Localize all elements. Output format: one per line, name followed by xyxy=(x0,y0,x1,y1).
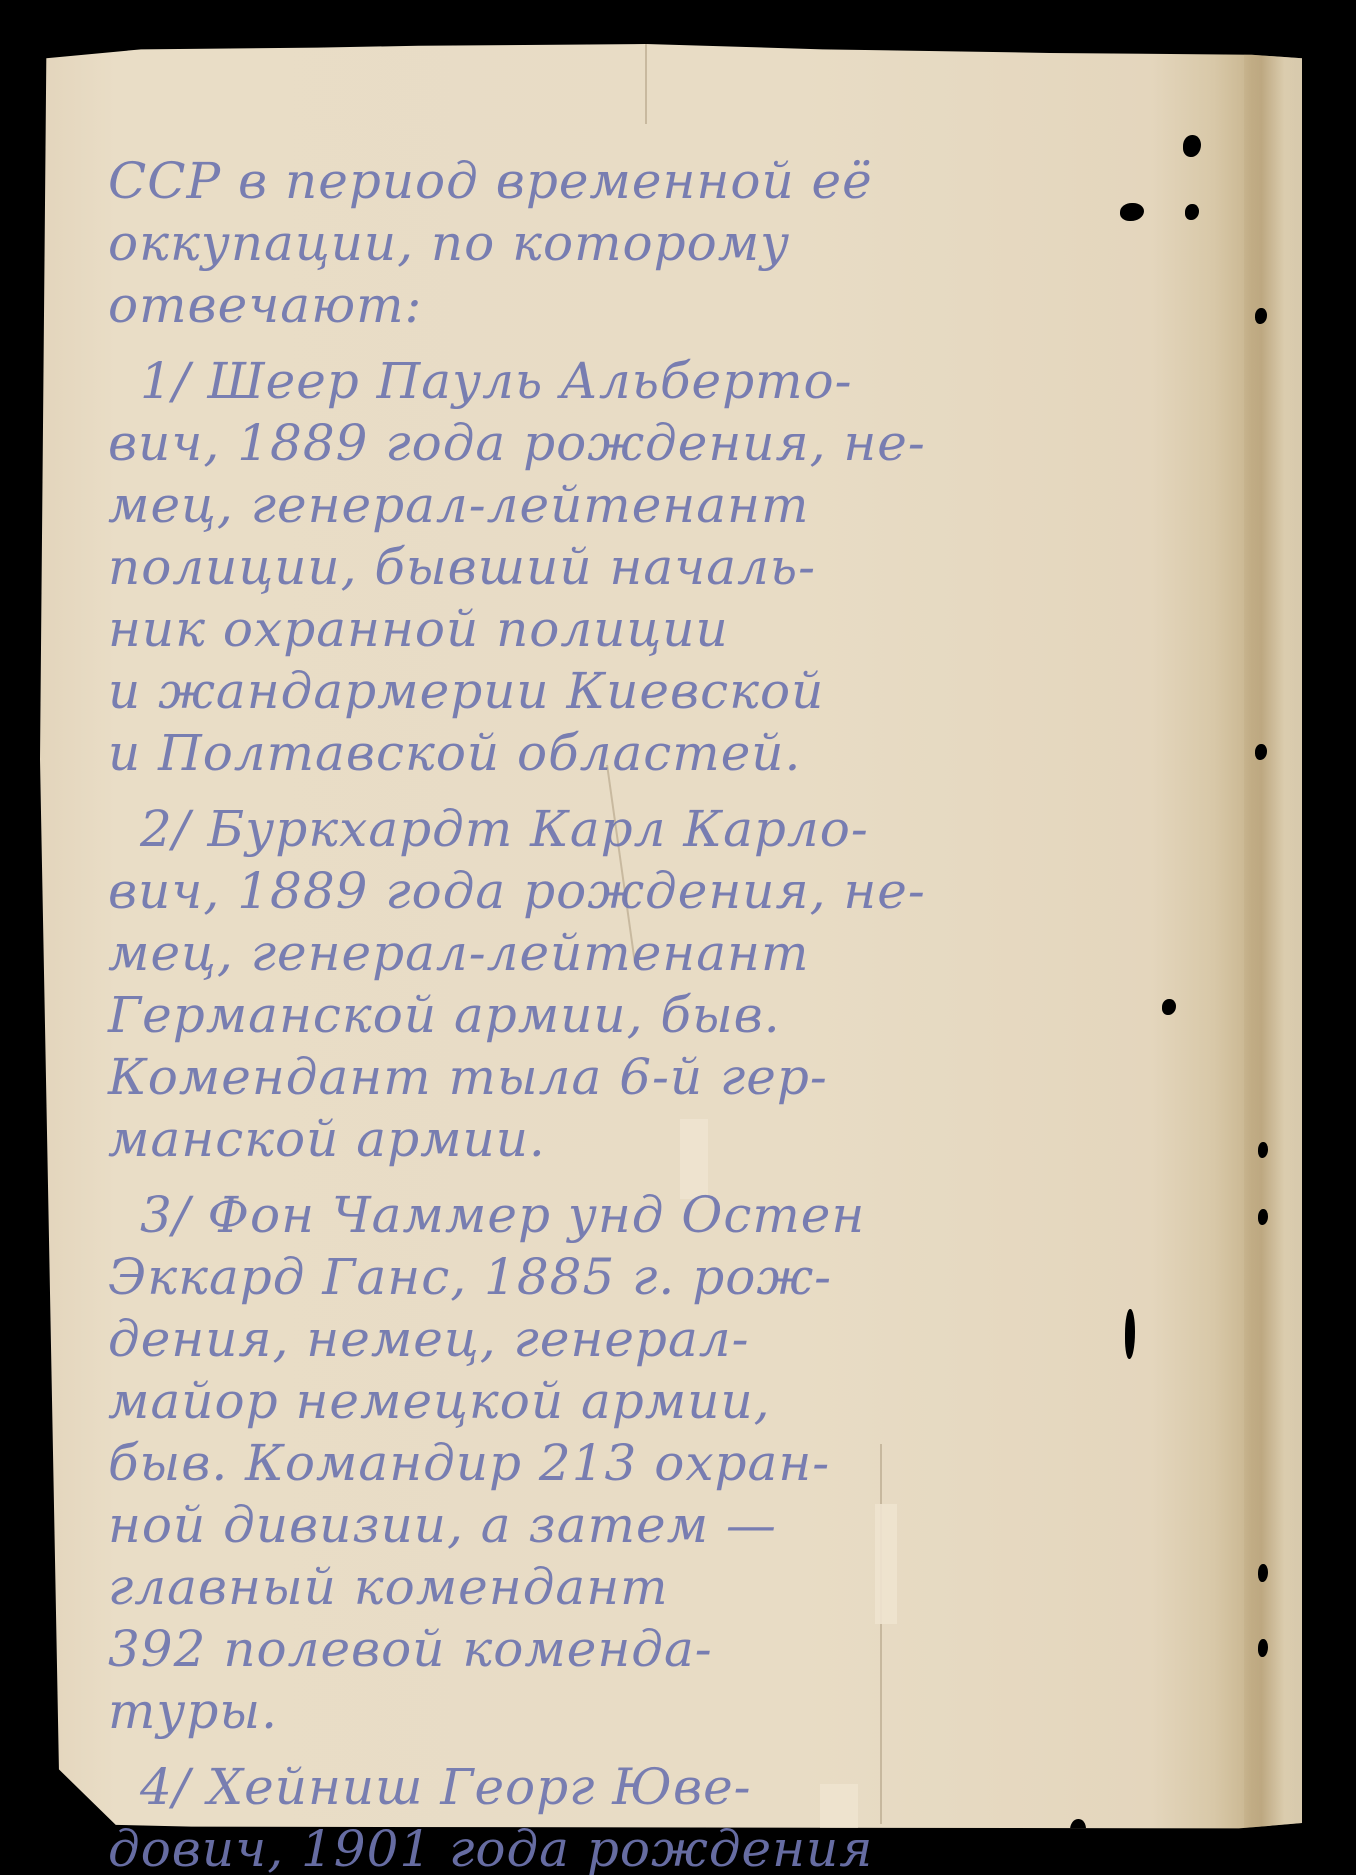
intro-line: отвечают: xyxy=(108,274,1288,336)
handwritten-text: ССР в период временной её оккупации, по … xyxy=(108,150,1288,1875)
entry-line: дения, немец, генерал- xyxy=(108,1308,1288,1370)
entry-line: Комендант тыла 6-й гер- xyxy=(108,1046,1288,1108)
entry-line: и жандармерии Киевской xyxy=(108,660,1288,722)
entry-line: манской армии. xyxy=(108,1108,1288,1170)
entry-line: мец, генерал-лейтенант xyxy=(108,474,1288,536)
entry-line: 4/ Хейниш Георг Юве- xyxy=(108,1756,1288,1818)
entry-line: быв. Командир 213 охран- xyxy=(108,1432,1288,1494)
entry-line: и Полтавской областей. xyxy=(108,722,1288,784)
entry-3: 3/ Фон Чаммер унд Остен Эккард Ганс, 188… xyxy=(108,1184,1288,1742)
entry-line: 3/ Фон Чаммер унд Остен xyxy=(108,1184,1288,1246)
entry-4: 4/ Хейниш Георг Юве- дович, 1901 года ро… xyxy=(108,1756,1288,1875)
entry-line: 392 полевой коменда- xyxy=(108,1618,1288,1680)
entry-line: 1/ Шеер Пауль Альберто- xyxy=(108,350,1288,412)
entry-line: полиции, бывший началь- xyxy=(108,536,1288,598)
entry-line: Германской армии, быв. xyxy=(108,984,1288,1046)
crease-top xyxy=(645,44,647,124)
intro-line: оккупации, по которому xyxy=(108,212,1288,274)
entry-line: вич, 1889 года рождения, не- xyxy=(108,860,1288,922)
entry-line: туры. xyxy=(108,1680,1288,1742)
entry-line: главный комендант xyxy=(108,1556,1288,1618)
entry-line: ной дивизии, а затем — xyxy=(108,1494,1288,1556)
entry-line: майор немецкой армии, xyxy=(108,1370,1288,1432)
entry-line: Эккард Ганс, 1885 г. рож- xyxy=(108,1246,1288,1308)
entry-line: дович, 1901 года рождения xyxy=(108,1818,1288,1875)
entry-line: 2/ Буркхардт Карл Карло- xyxy=(108,798,1288,860)
entry-line: мец, генерал-лейтенант xyxy=(108,922,1288,984)
entry-2: 2/ Буркхардт Карл Карло- вич, 1889 года … xyxy=(108,798,1288,1170)
intro-line: ССР в период временной её xyxy=(108,150,1288,212)
entry-line: вич, 1889 года рождения, не- xyxy=(108,412,1288,474)
scanned-document: ССР в период временной её оккупации, по … xyxy=(0,0,1356,1875)
entry-line: ник охранной полиции xyxy=(108,598,1288,660)
entry-1: 1/ Шеер Пауль Альберто- вич, 1889 года р… xyxy=(108,350,1288,784)
